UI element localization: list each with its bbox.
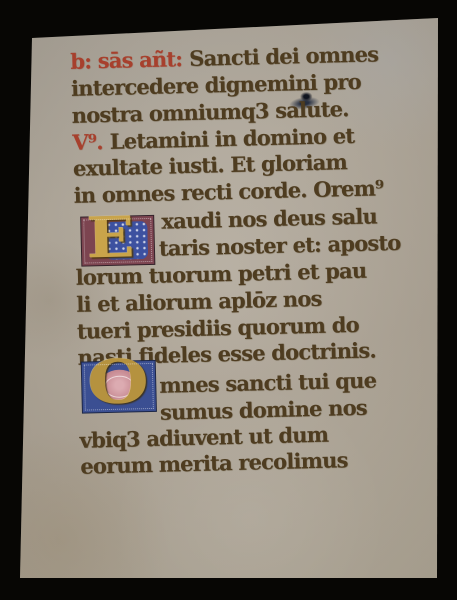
text-line: sumus domine nos bbox=[160, 394, 367, 426]
initial-letter: O bbox=[87, 352, 149, 413]
body-text: mnes sancti tui que bbox=[159, 367, 376, 397]
text-line: eorum merita recolimus bbox=[80, 446, 348, 480]
rubric-text: b: sās añt: bbox=[70, 46, 182, 74]
body-text: xaudi nos deus salu bbox=[161, 203, 377, 233]
text-block: b: sās añt:Sancti dei omnes intercedere … bbox=[0, 0, 457, 600]
photo-backdrop: b: sās añt:Sancti dei omnes intercedere … bbox=[0, 0, 457, 600]
body-text: eorum merita recolimus bbox=[80, 447, 348, 479]
rubric-text: V⁹. bbox=[72, 129, 103, 155]
initial-letter: E bbox=[86, 209, 134, 266]
body-text: lorum tuorum petri et pau bbox=[75, 258, 366, 290]
body-text: Sancti dei omnes bbox=[189, 41, 379, 71]
illuminated-initial-o: O bbox=[82, 361, 156, 413]
text-line: lorum tuorum petri et pau bbox=[75, 257, 366, 291]
body-text: sumus domine nos bbox=[160, 395, 367, 425]
illuminated-initial-e: E bbox=[81, 216, 154, 266]
